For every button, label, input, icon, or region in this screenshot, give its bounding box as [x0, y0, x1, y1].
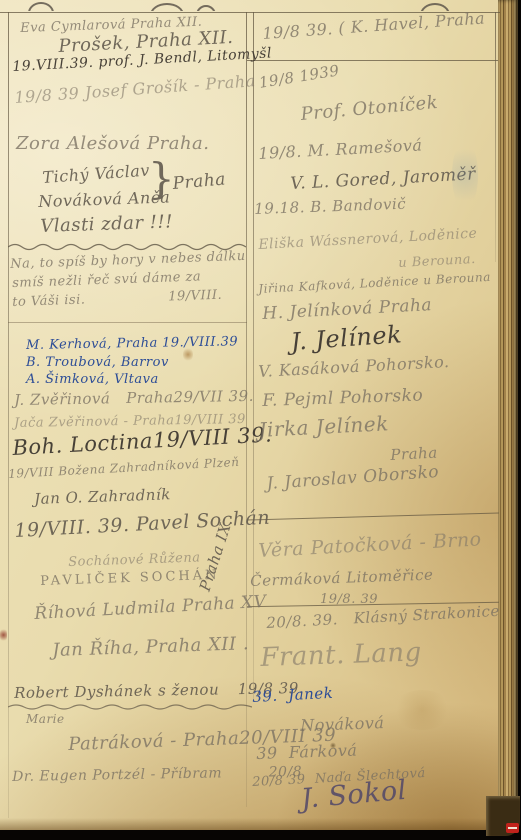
entry-text: Robert Dyshánek s ženou	[14, 682, 219, 701]
book-page-edges	[498, 0, 518, 827]
guestbook-entry: A. Šimková, Vltava	[26, 373, 159, 386]
guestbook-entry: Praha	[172, 171, 227, 193]
section-divider	[8, 322, 247, 323]
wavy-divider	[8, 702, 252, 712]
red-badge-icon	[506, 823, 519, 833]
guestbook-entry: Marie	[26, 713, 65, 725]
guestbook-entry: 39. Janek	[252, 686, 334, 705]
scanned-guestbook-page: Eva Cymlarová Praha XII. Prošek, Praha X…	[0, 0, 521, 840]
entry-date: 19./VIII.39	[162, 335, 238, 349]
grouping-brace: }	[148, 158, 175, 200]
entry-date: 29/VII 39.	[173, 389, 254, 405]
entry-text: Jača Zvěřinová - Praha	[14, 414, 175, 430]
guestbook-entry: J. Zvěřinová Praha 29/VII 39.	[14, 389, 242, 408]
section-divider	[247, 60, 498, 61]
guestbook-entry: J. Jelínek	[290, 322, 403, 354]
guestbook-entry: Frant. Lang	[260, 639, 422, 671]
verse-text: to Váši isi.	[12, 293, 86, 309]
guestbook-entry: B. Troubová, Barrov	[26, 356, 169, 369]
guestbook-entry: Jirka Jelínek	[258, 413, 389, 440]
guestbook-entry: Zora Alešová Praha.	[16, 135, 210, 153]
cutoff-handwriting-strokes	[0, 0, 500, 11]
guestbook-entry: M. Kerhová, Praha 19./VIII.39	[26, 335, 238, 352]
guestbook-entry: 39 Fárková	[256, 742, 358, 762]
entry-text: Dr. Eugen Portzél - Příbram	[12, 766, 222, 784]
right-margin-line	[495, 12, 496, 262]
entry-date: 19/8. 39	[320, 593, 378, 606]
left-margin-line	[8, 12, 9, 818]
guestbook-entry: u Berouna.	[398, 253, 476, 270]
entry-text: J. Zvěřinová Praha	[14, 390, 174, 408]
guestbook-entry: Praha	[390, 446, 438, 463]
entry-text: M. Kerhová, Praha	[26, 337, 158, 352]
guestbook-entry: Nováková	[300, 715, 385, 734]
guestbook-entry: Vlasti zdar !!!	[40, 213, 173, 236]
entry-date: 19/VIII.	[168, 289, 222, 304]
